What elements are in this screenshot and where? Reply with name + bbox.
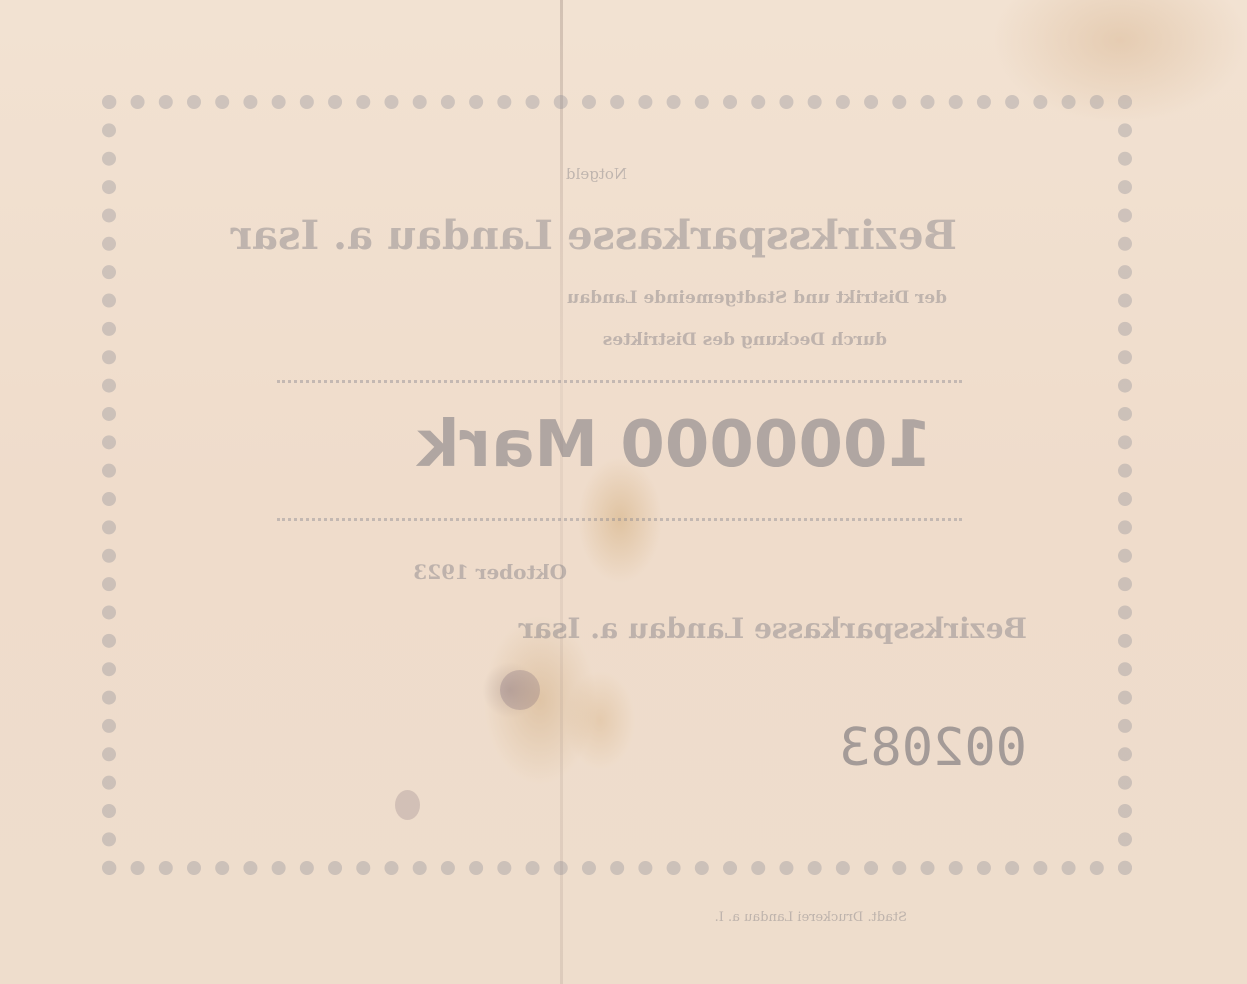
mirrored-print: Notgeld Bezirkssparkasse Landau a. Isar … bbox=[0, 0, 1247, 984]
guarantee-line-1: der Distrikt und Stadtgemeinde Landau bbox=[567, 288, 947, 308]
header-text: Notgeld bbox=[566, 165, 627, 183]
denomination: 1000000 Mark bbox=[417, 408, 932, 482]
issuer-title: Bezirkssparkasse Landau a. Isar bbox=[231, 212, 957, 259]
guarantee-line-2: durch Deckung des Distriktes bbox=[603, 330, 887, 350]
date-line: Oktober 1923 bbox=[413, 560, 567, 584]
printer-imprint: Stadt. Druckerei Landau a. I. bbox=[715, 910, 907, 925]
signature-line: Bezirkssparkasse Landau a. Isar bbox=[519, 612, 1027, 645]
serial-number: 002083 bbox=[839, 718, 1027, 778]
denomination-box: 1000000 Mark bbox=[277, 380, 962, 521]
